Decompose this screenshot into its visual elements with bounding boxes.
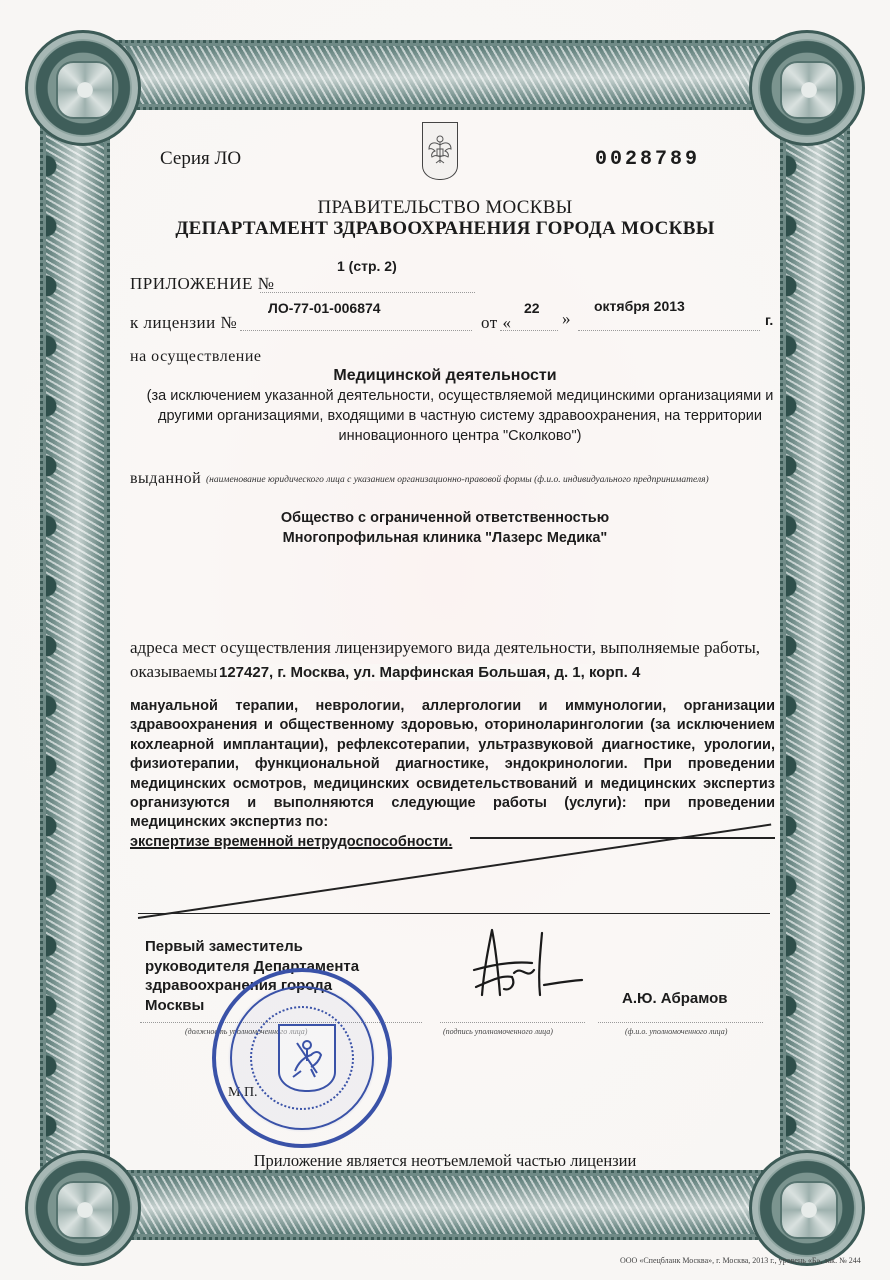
fill-line [470,837,775,839]
activity-description: (за исключением указанной деятельности, … [130,386,790,446]
organization-name: Общество с ограниченной ответственностью… [0,508,890,548]
caption-name: (ф.и.о. уполномоченного лица) [625,1027,727,1036]
date-day-line [500,330,558,331]
signature-line [440,1022,585,1023]
services-list: мануальной терапии, неврологии, аллергол… [130,697,775,852]
moscow-coat-of-arms-icon [278,1024,336,1092]
signer-name: А.Ю. Абрамов [622,990,728,1007]
official-stamp [212,968,392,1148]
serial-number: 0028789 [595,148,700,171]
activity-title: Медицинской деятельности [0,367,890,385]
issued-caption: (наименование юридического лица с указан… [206,475,709,485]
footer-note: Приложение является неотъемлемой частью … [0,1151,890,1171]
organization-line-2: Многопрофильная клиника "Лазерс Медика" [0,528,890,548]
organization-line-1: Общество с ограниченной ответственностью [0,508,890,528]
department-title: ДЕПАРТАМЕНТ ЗДРАВООХРАНЕНИЯ ГОРОДА МОСКВ… [0,218,890,240]
appendix-label: ПРИЛОЖЕНИЕ № [130,274,274,294]
date-month-year: октября 2013 [594,298,685,314]
government-title: ПРАВИТЕЛЬСТВО МОСКВЫ [0,197,890,219]
strike-horizontal-line [138,913,770,914]
caption-signature: (подпись уполномоченного лица) [443,1027,553,1036]
license-number-line [240,330,472,331]
license-label: к лицензии № [130,313,237,333]
license-number: ЛО-77-01-006874 [268,300,381,316]
appendix-number: 1 (стр. 2) [337,258,397,274]
handwritten-signature [472,925,592,1005]
series-label: Серия ЛО [160,148,241,170]
date-close-quote: » [562,309,571,329]
address-value: 127427, г. Москва, ул. Марфинская Больша… [217,664,640,681]
date-day: 22 [524,300,540,316]
document-content: Серия ЛО 0028789 ПРАВИТЕЛЬСТВО МОСКВЫ ДЕ… [0,0,890,1280]
date-suffix: г. [765,312,773,328]
services-text: мануальной терапии, неврологии, аллергол… [130,698,775,830]
name-line [598,1022,763,1023]
issued-label: выданной [130,470,201,488]
services-last-line: экспертизе временной нетрудоспособности. [130,834,452,850]
date-month-line [578,330,760,331]
appendix-number-line [260,292,475,293]
purpose-label: на осуществление [130,348,262,366]
russia-coat-of-arms-icon [422,122,458,180]
printer-note: ООО «Спецбланк Москва», г. Москва, 2013 … [620,1256,861,1265]
